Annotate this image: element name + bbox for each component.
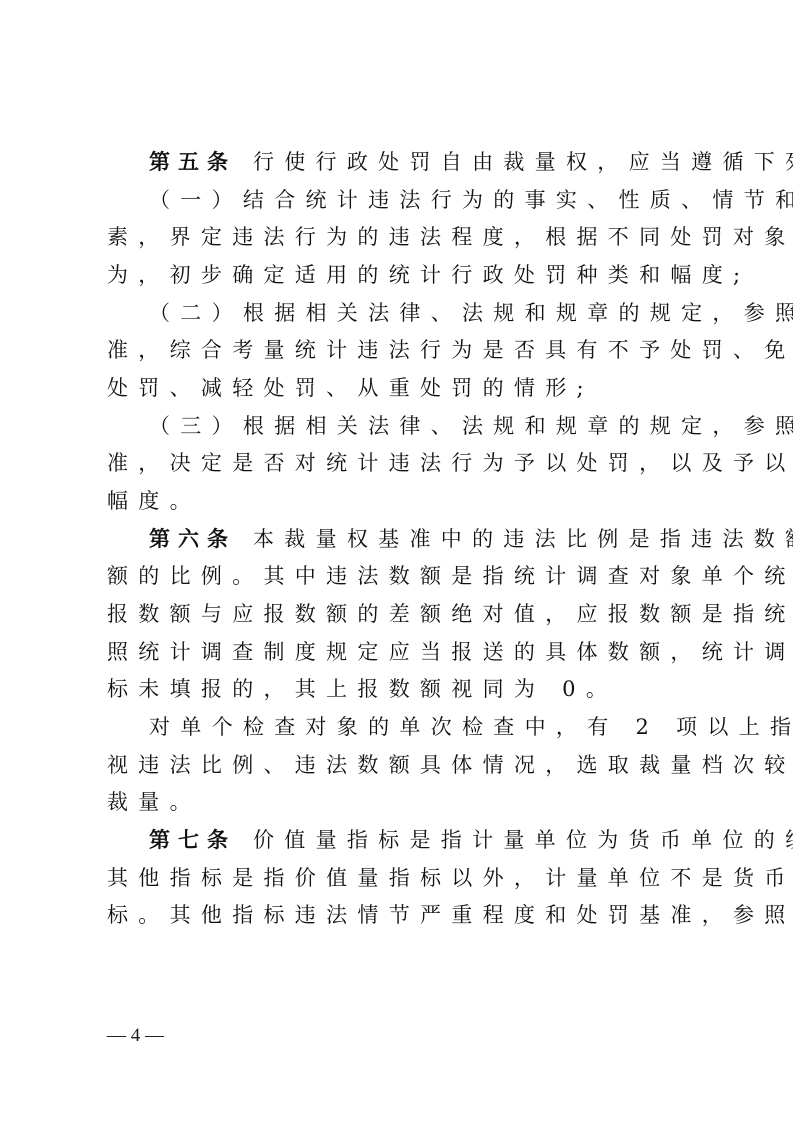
text-line: （三）根据相关法律、法规和规章的规定，参照本裁量权基 xyxy=(149,407,793,445)
text-line: 额的比例。其中违法数额是指统计调查对象单个统计指标具体上 xyxy=(107,557,793,595)
text-line: 裁量。 xyxy=(107,783,201,821)
text-line: 视违法比例、违法数额具体情况，选取裁量档次较高的指标进行 xyxy=(107,746,793,784)
text-line: 标。其他指标违法情节严重程度和处罚基准，参照价值量指标认 xyxy=(107,896,793,934)
text-line: 素，界定违法行为的违法程度，根据不同处罚对象、不同违法行 xyxy=(107,218,793,256)
article-heading: 第五条 xyxy=(149,150,236,174)
text-line: 为，初步确定适用的统计行政处罚种类和幅度; xyxy=(107,256,750,294)
page-number: — 4 — xyxy=(107,1024,164,1048)
text-line: （一）结合统计违法行为的事实、性质、情节和危害性等因 xyxy=(149,181,793,219)
article-6-line: 第六条 本裁量权基准中的违法比例是指违法数额与应报数 xyxy=(149,520,793,558)
text-line: 准，综合考量统计违法行为是否具有不予处罚、免予处罚、从轻 xyxy=(107,331,793,369)
text-line: 照统计调查制度规定应当报送的具体数额，统计调查对象上报指 xyxy=(107,633,793,671)
text-line: 报数额与应报数额的差额绝对值，应报数额是指统计调查对象按 xyxy=(107,595,793,633)
text-line: 处罚、减轻处罚、从重处罚的情形; xyxy=(107,369,594,407)
text-line: 对单个检查对象的单次检查中，有 2 项以上指标出现差错， xyxy=(149,708,793,746)
text-line: 幅度。 xyxy=(107,482,201,520)
text-line: 准，决定是否对统计违法行为予以处罚，以及予以处罚的种类和 xyxy=(107,444,793,482)
article-5-line: 第五条 行使行政处罚自由裁量权，应当遵循下列步骤： xyxy=(149,143,793,181)
text-line: 标未填报的，其上报数额视同为 0。 xyxy=(107,670,617,708)
article-heading: 第六条 xyxy=(149,527,236,551)
article-heading: 第七条 xyxy=(149,828,236,852)
article-7-line: 第七条 价值量指标是指计量单位为货币单位的统计指标， xyxy=(149,821,793,859)
text-line: 其他指标是指价值量指标以外，计量单位不是货币单位的统计指 xyxy=(107,859,793,897)
text-line: （二）根据相关法律、法规和规章的规定，参照本裁量权基 xyxy=(149,294,793,332)
